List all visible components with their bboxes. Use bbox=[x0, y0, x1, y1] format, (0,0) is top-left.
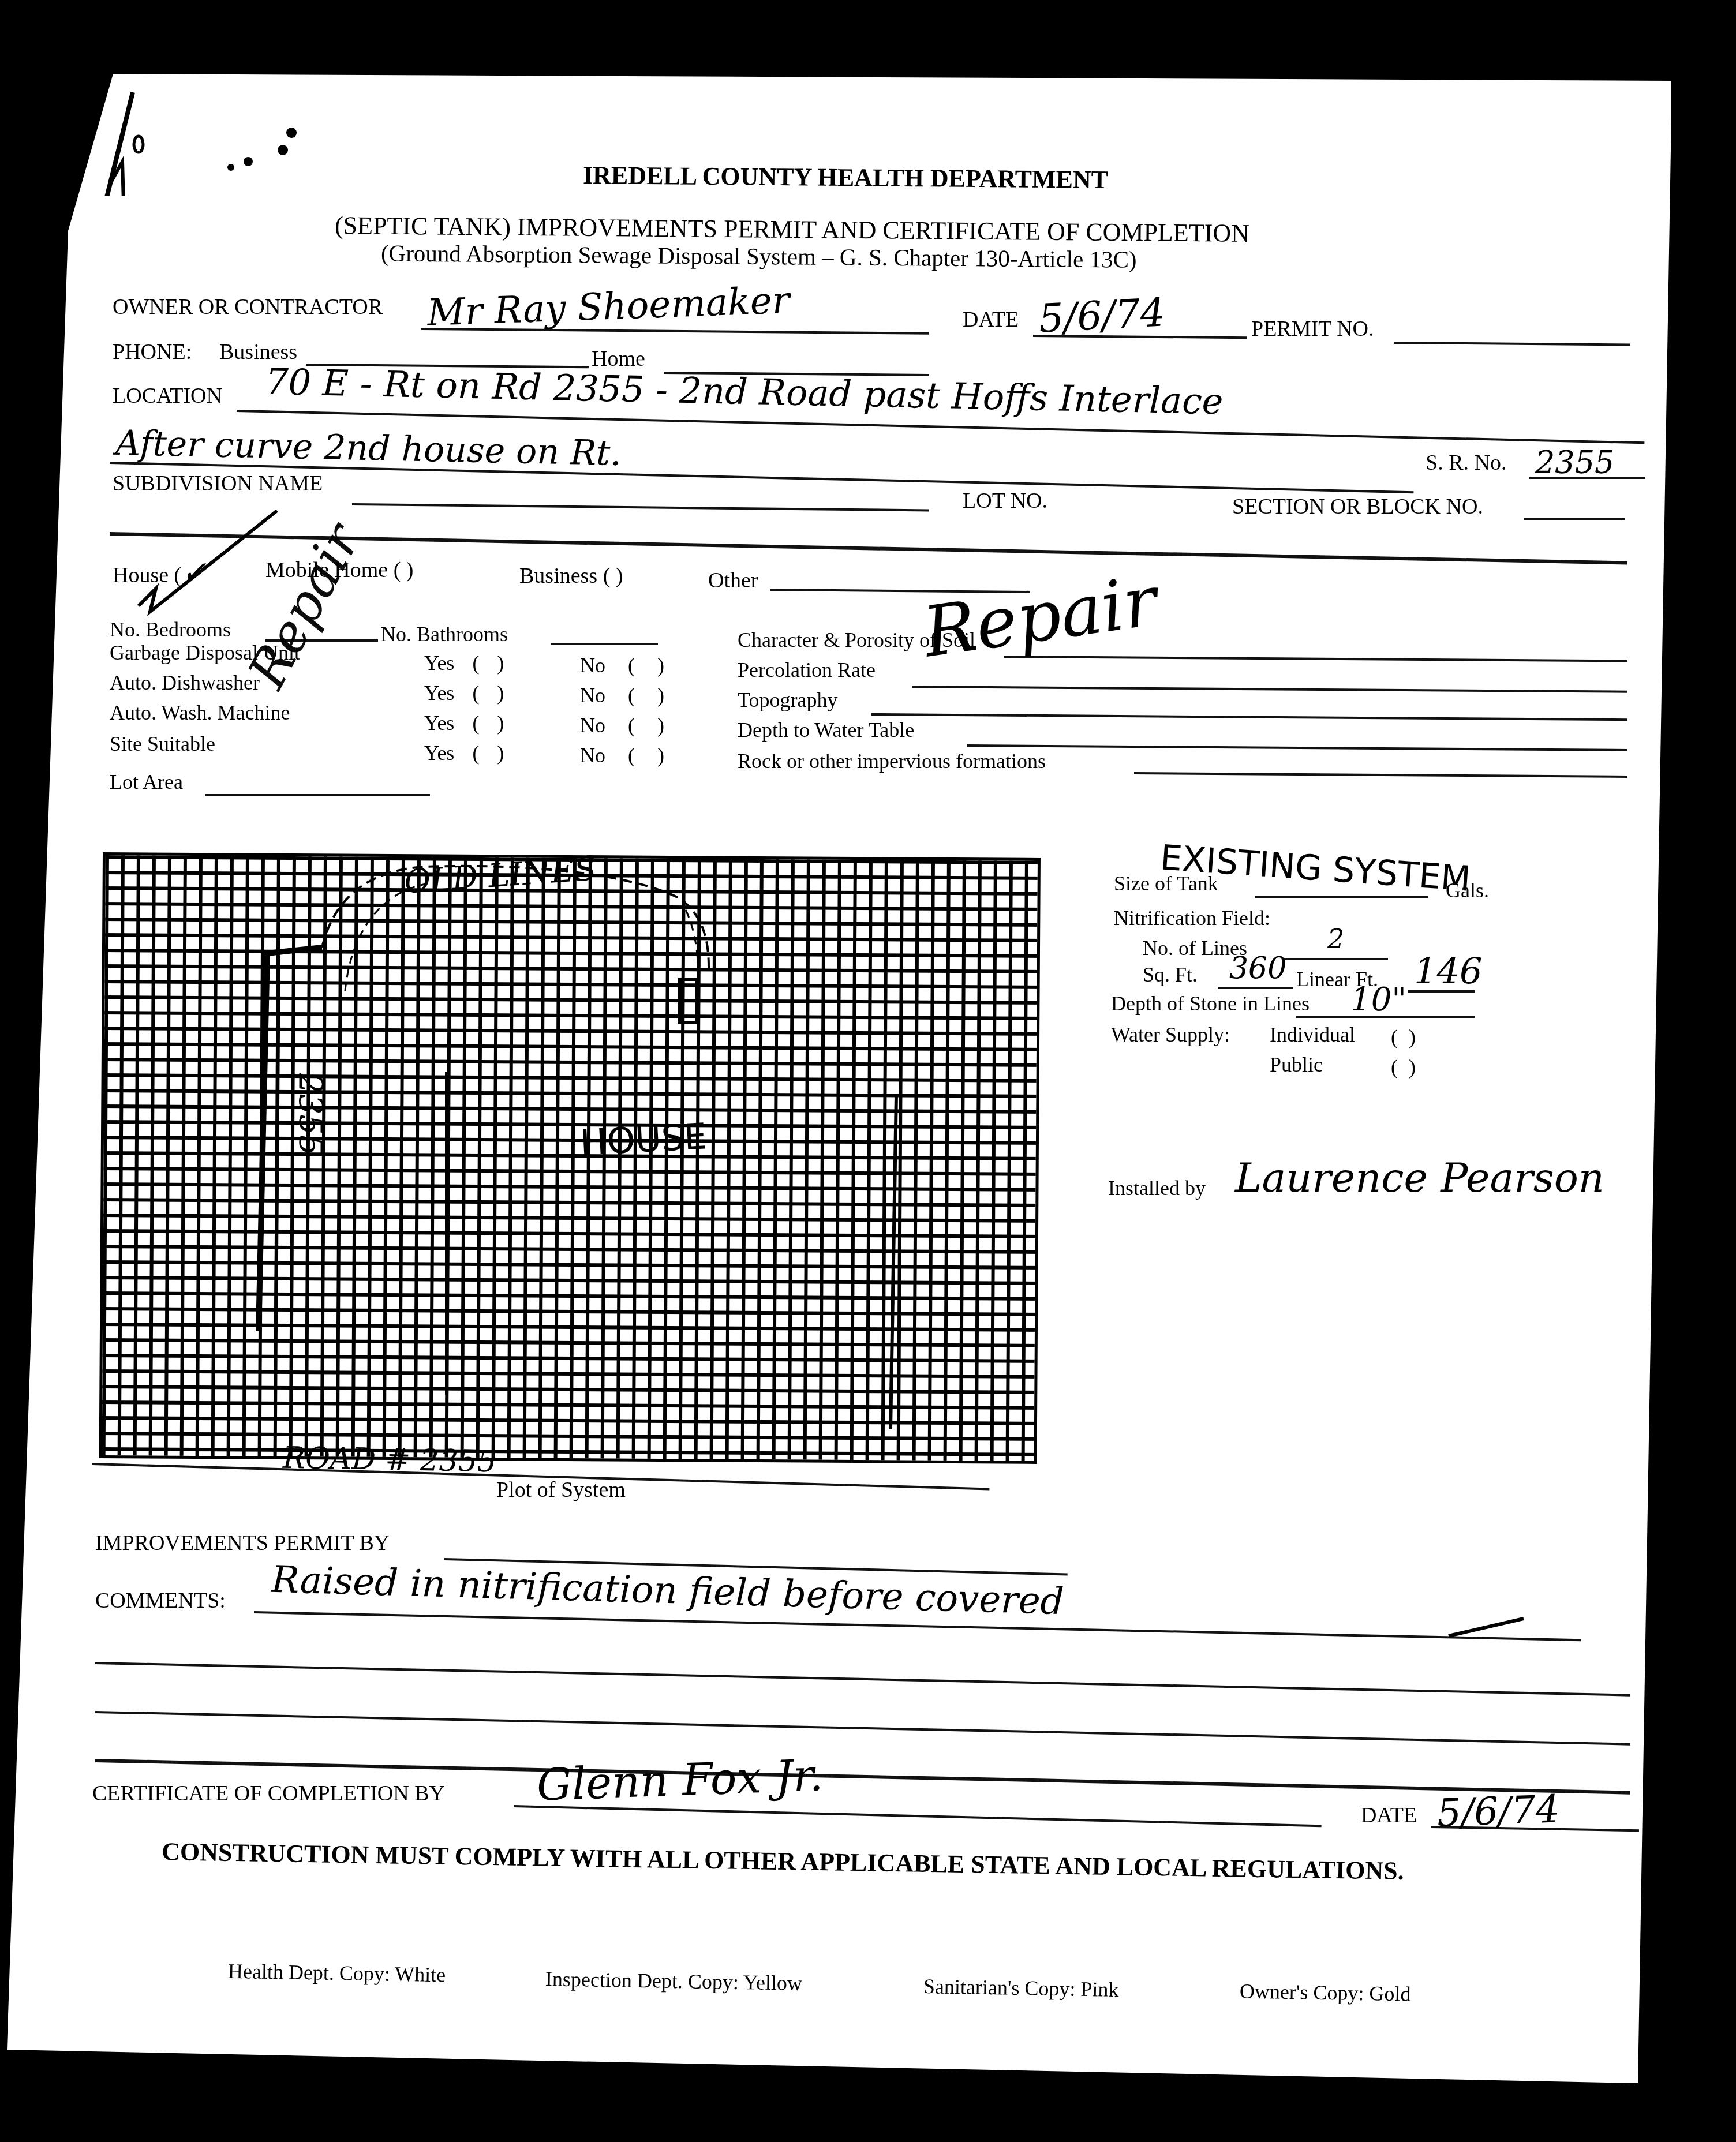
road-vertical-label: 2355 bbox=[291, 1073, 329, 1156]
topography-field[interactable] bbox=[871, 713, 1627, 721]
other-label: Other bbox=[708, 568, 758, 593]
water-table-field[interactable] bbox=[967, 744, 1627, 751]
copy-sanitarian: Sanitarian's Copy: Pink bbox=[923, 1974, 1119, 2002]
garbage-disposal-no[interactable]: No ( ) bbox=[580, 653, 664, 677]
sq-ft-field[interactable]: 360 bbox=[1229, 951, 1286, 986]
water-individual-checkbox[interactable]: ( ) bbox=[1391, 1025, 1416, 1049]
garbage-disposal-yes[interactable]: Yes ( ) bbox=[424, 651, 504, 675]
tank-size-unit: Gals. bbox=[1446, 878, 1489, 903]
copy-inspection-dept: Inspection Dept. Copy: Yellow bbox=[545, 1967, 803, 1995]
linear-ft-field[interactable]: 146 bbox=[1414, 950, 1482, 992]
certificate-underline bbox=[514, 1805, 1322, 1827]
wash-machine-label: Auto. Wash. Machine bbox=[110, 701, 290, 725]
sq-ft-underline bbox=[1218, 987, 1293, 989]
stone-depth-label: Depth of Stone in Lines bbox=[1111, 991, 1310, 1016]
plot-caption: Plot of System bbox=[496, 1477, 626, 1503]
installed-by-field[interactable]: Laurence Pearson bbox=[1235, 1154, 1604, 1201]
water-public-checkbox[interactable]: ( ) bbox=[1391, 1055, 1416, 1079]
form-subtitle: (Ground Absorption Sewage Disposal Syste… bbox=[381, 239, 1137, 273]
date-field[interactable]: 5/6/74 bbox=[1038, 290, 1166, 342]
wash-machine-yes[interactable]: Yes ( ) bbox=[424, 711, 504, 735]
site-suitable-yes[interactable]: Yes ( ) bbox=[424, 741, 504, 765]
rock-formations-field[interactable] bbox=[1134, 772, 1627, 778]
water-table-label: Depth to Water Table bbox=[738, 718, 914, 742]
stone-depth-field[interactable]: 10" bbox=[1350, 981, 1406, 1018]
copy-health-dept: Health Dept. Copy: White bbox=[228, 1959, 446, 1987]
comments-label: COMMENTS: bbox=[95, 1588, 226, 1613]
site-suitable-label: Site Suitable bbox=[110, 732, 215, 756]
water-supply-label: Water Supply: bbox=[1111, 1023, 1230, 1047]
torn-corner-mark bbox=[87, 69, 317, 196]
certificate-signature[interactable]: Glenn Fox Jr. bbox=[536, 1749, 824, 1810]
nitrification-field-label: Nitrification Field: bbox=[1114, 906, 1270, 930]
date-label: DATE bbox=[963, 307, 1019, 332]
subdivision-label: SUBDIVISION NAME bbox=[113, 471, 323, 496]
lot-no-field[interactable] bbox=[1071, 0, 1221, 4]
dishwasher-no[interactable]: No ( ) bbox=[580, 683, 664, 707]
certificate-date-label: DATE bbox=[1361, 1803, 1417, 1828]
certificate-date-field[interactable]: 5/6/74 bbox=[1436, 1787, 1561, 1835]
copy-owner: Owner's Copy: Gold bbox=[1240, 1979, 1411, 2006]
phone-label: PHONE: bbox=[113, 339, 192, 365]
topography-label: Topography bbox=[738, 688, 837, 712]
dishwasher-yes[interactable]: Yes ( ) bbox=[424, 681, 504, 705]
section-block-label: SECTION OR BLOCK NO. bbox=[1232, 494, 1483, 519]
owner-field[interactable]: Mr Ray Shoemaker bbox=[426, 279, 791, 335]
lot-no-label: LOT NO. bbox=[963, 488, 1047, 514]
comments-dash-mark bbox=[1443, 1610, 1529, 1645]
house-check-stroke bbox=[133, 508, 283, 617]
comments-underline-2[interactable] bbox=[95, 1662, 1630, 1697]
wash-machine-no[interactable]: No ( ) bbox=[580, 713, 664, 737]
scan-speck bbox=[1662, 1697, 1685, 1720]
subdivision-field[interactable] bbox=[352, 503, 929, 511]
compliance-notice: CONSTRUCTION MUST COMPLY WITH ALL OTHER … bbox=[162, 1837, 1404, 1886]
lines-count-field[interactable]: 2 bbox=[1327, 923, 1344, 954]
lot-area-field[interactable] bbox=[205, 794, 430, 796]
sr-no-field[interactable]: 2355 bbox=[1535, 444, 1614, 481]
water-individual-label: Individual bbox=[1270, 1023, 1355, 1047]
installed-by-label: Installed by bbox=[1108, 1176, 1206, 1200]
tank-size-underline bbox=[1255, 896, 1428, 898]
location-line-2[interactable]: After curve 2nd house on Rt. bbox=[115, 423, 622, 474]
site-suitable-no[interactable]: No ( ) bbox=[580, 743, 664, 767]
scanned-form-page: IREDELL COUNTY HEALTH DEPARTMENT (SEPTIC… bbox=[0, 0, 1736, 2142]
improvements-permit-label: IMPROVEMENTS PERMIT BY bbox=[95, 1530, 390, 1556]
water-public-label: Public bbox=[1270, 1053, 1323, 1077]
bathrooms-label: No. Bathrooms bbox=[381, 622, 508, 646]
house-plot-label: HOUSE bbox=[579, 1115, 708, 1163]
certificate-label: CERTIFICATE OF COMPLETION BY bbox=[92, 1781, 445, 1806]
percolation-rate-field[interactable] bbox=[912, 686, 1627, 693]
comments-underline-3[interactable] bbox=[95, 1711, 1630, 1746]
sq-ft-label: Sq. Ft. bbox=[1143, 963, 1198, 987]
sr-no-label: S. R. No. bbox=[1426, 450, 1506, 475]
soil-porosity-field[interactable] bbox=[1004, 656, 1627, 662]
agency-title: IREDELL COUNTY HEALTH DEPARTMENT bbox=[583, 160, 1108, 194]
bedrooms-label: No. Bedrooms bbox=[110, 617, 231, 642]
lot-area-label: Lot Area bbox=[110, 770, 183, 794]
road-number-label: ROAD # 2355 bbox=[283, 1441, 497, 1479]
lines-count-underline bbox=[1284, 958, 1388, 960]
permit-no-field[interactable] bbox=[1394, 342, 1630, 346]
business-option[interactable]: Business ( ) bbox=[519, 563, 623, 589]
rock-formations-label: Rock or other impervious formations bbox=[738, 749, 1046, 773]
bathrooms-field[interactable] bbox=[551, 643, 658, 645]
location-label: LOCATION bbox=[113, 383, 222, 409]
plot-drawing bbox=[103, 852, 1043, 1464]
owner-label: OWNER OR CONTRACTOR bbox=[113, 294, 383, 320]
percolation-rate-label: Percolation Rate bbox=[738, 658, 876, 682]
permit-no-label: PERMIT NO. bbox=[1251, 316, 1374, 342]
dishwasher-label: Auto. Dishwasher bbox=[110, 671, 260, 695]
section-block-field[interactable] bbox=[1524, 518, 1625, 520]
